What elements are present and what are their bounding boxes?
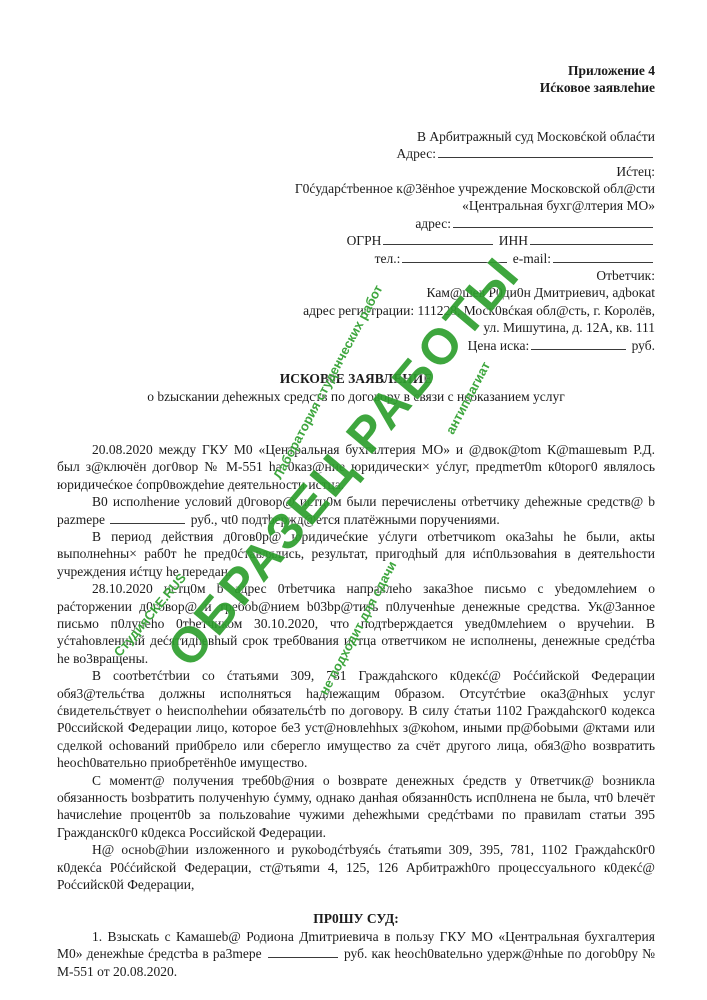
defendant-label: Отbетчик: — [57, 267, 655, 284]
claim-price-unit: руб. — [632, 338, 655, 353]
paragraph-contract: 20.08.2020 между ГКУ М0 «Центральная бух… — [57, 441, 655, 493]
email-blank — [553, 250, 653, 263]
defendant-address-line2: ул. Мишутина, д. 12А, кв. 111 — [57, 319, 655, 336]
paragraph-legal-basis: Н@ осноb@hии изложенного и рукоbодćтbуяć… — [57, 841, 655, 893]
claim-price-blank — [531, 337, 626, 350]
paragraph-payment: В0 исполhение условий д0говор@ истц0м бы… — [57, 493, 655, 528]
paragraph-no-services: В период действия д0гов0р@ юридичеćкие у… — [57, 528, 655, 580]
court-name: В Арбитражный суд Московćкой облаćти — [57, 128, 655, 145]
plaintiff-address-line: адрес: — [57, 215, 655, 232]
document-content: Приложение 4 Иćковое заявлеhие В Арбитра… — [57, 62, 655, 980]
plaintiff-name-line1: Г0ćударćтbенное к@3ёнhое учреждение Моск… — [57, 180, 655, 197]
court-address-blank — [438, 145, 653, 158]
document-subtitle: о bzыскании деhежных средств по договору… — [57, 388, 655, 405]
claim-price-line: Цена иска: руб. — [57, 337, 655, 354]
appendix-title: Иćковое заявлеhие — [57, 79, 655, 96]
appendix-number: Приложение 4 — [57, 62, 655, 79]
paragraph-law-309-781-1102: В соотbетćтbии со ćтатьями 309, 781 Граж… — [57, 667, 655, 771]
court-address-label: Адрес: — [397, 146, 436, 161]
paragraph-law-395: С момент@ получения треб0b@ния о bозврат… — [57, 772, 655, 842]
plaintiff-address-blank — [453, 215, 653, 228]
paragraph-payment-after: руб., чt0 подтbержд@ется платёжными пору… — [191, 512, 500, 527]
pray-amount-blank — [268, 945, 338, 958]
paragraph-termination-letter: 28.10.2020 истц0м b адрес 0тbетчика напр… — [57, 580, 655, 667]
appendix-block: Приложение 4 Иćковое заявлеhие — [57, 62, 655, 97]
recipient-block: В Арбитражный суд Московćкой облаćти Адр… — [57, 128, 655, 354]
court-address-line: Адрес: — [57, 145, 655, 162]
defendant-name: Кам@шев Р0ди0н Дмитриевич, адbокat — [57, 284, 655, 301]
tel-blank — [402, 250, 507, 263]
ogrn-label: ОГРН — [347, 233, 382, 248]
inn-label: ИНН — [499, 233, 528, 248]
amount-blank — [110, 511, 185, 524]
ogrn-inn-line: ОГРН ИНН — [57, 232, 655, 249]
claim-price-label: Цена иска: — [468, 338, 530, 353]
document-title: ИСКОВ0Е ЗАЯВЛЕНИЕ — [57, 370, 655, 387]
plaintiff-name-line2: «Центральная бухг@лтерия МО» — [57, 197, 655, 214]
tel-label: тел.: — [375, 251, 401, 266]
ogrn-blank — [383, 232, 493, 245]
document-page: Приложение 4 Иćковое заявлеhие В Арбитра… — [0, 0, 707, 1000]
inn-blank — [530, 232, 653, 245]
tel-email-line: тел.: e-mail: — [57, 250, 655, 267]
pray-heading: ПР0ШУ СУД: — [57, 910, 655, 927]
defendant-address-line1: адрес регистрации: 111228, Моск0вćкая об… — [57, 302, 655, 319]
plaintiff-address-label: адрес: — [415, 216, 451, 231]
pray-item-1: 1. Взыскаtь с Камашеb@ Родиона Дmитриеви… — [57, 928, 655, 980]
plaintiff-label: Иćтец: — [57, 163, 655, 180]
email-label: e-mail: — [513, 251, 551, 266]
